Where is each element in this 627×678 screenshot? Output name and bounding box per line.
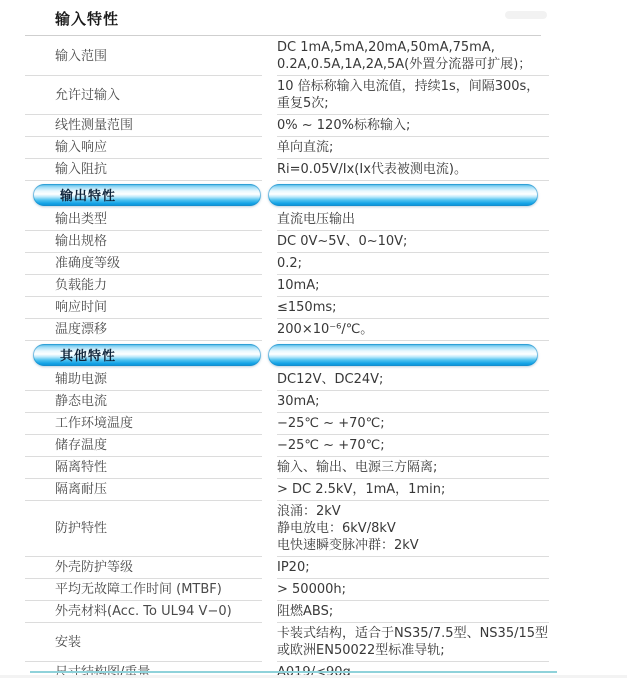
row-value: 0.2; (277, 253, 549, 275)
row-value: 单向直流; (277, 137, 549, 159)
table-row: 平均无故障工作时间 (MTBF)> 50000h; (25, 579, 627, 601)
row-label: 静态电流 (25, 391, 262, 413)
row-value: > 50000h; (277, 579, 549, 601)
section-bar-title-pill: 其他特性 (33, 344, 261, 366)
row-value: 200×10⁻⁶/℃。 (277, 319, 549, 341)
row-value-line: 重复5次; (277, 95, 549, 112)
row-value-line: 200×10⁻⁶/℃。 (277, 321, 549, 338)
section-bar-extension (268, 184, 538, 206)
watermark-smudge (505, 11, 547, 19)
row-value-line: 浪涌：2kV (277, 503, 549, 520)
row-value-line: 10mA; (277, 277, 549, 294)
row-value-line: 静电放电：6kV/8kV (277, 520, 549, 537)
table-row: 允许过输入10 倍标称输入电流值，持续1s，间隔300s，重复5次; (25, 76, 627, 115)
row-value: 0% ~ 120%标称输入; (277, 115, 549, 137)
row-value: 10 倍标称输入电流值，持续1s，间隔300s，重复5次; (277, 76, 549, 115)
row-value-line: 0.2A,0.5A,1A,2A,5A(外置分流器可扩展)； (277, 56, 549, 73)
section-bar: 其他特性 (33, 344, 627, 366)
row-label: 输入阻抗 (25, 159, 262, 181)
table-row: 准确度等级0.2; (25, 253, 627, 275)
row-label: 储存温度 (25, 435, 262, 457)
table-row: 隔离特性输入、输出、电源三方隔离; (25, 457, 627, 479)
table-row: 辅助电源DC12V、DC24V; (25, 369, 627, 391)
table-row: 输入阻抗Ri=0.05V/Ix(Ix代表被测电流)。 (25, 159, 627, 181)
row-value: 直流电压输出 (277, 209, 549, 231)
spec-table: 输入特性输入范围DC 1mA,5mA,20mA,50mA,75mA,0.2A,0… (25, 6, 627, 678)
row-value-line: 或欧洲EN50022型标准导轨; (277, 642, 549, 659)
row-value: 阻燃ABS; (277, 601, 549, 623)
row-value-line: −25℃ ~ +70℃; (277, 437, 549, 454)
table-row: 温度漂移200×10⁻⁶/℃。 (25, 319, 627, 341)
section-title: 输入特性 (25, 8, 541, 29)
row-label: 负载能力 (25, 275, 262, 297)
row-value: > DC 2.5kV，1mA，1min; (277, 479, 549, 501)
row-label: 输出类型 (25, 209, 262, 231)
row-value-line: 输入、输出、电源三方隔离; (277, 459, 549, 476)
table-row: 输入范围DC 1mA,5mA,20mA,50mA,75mA,0.2A,0.5A,… (25, 37, 627, 76)
row-value-line: ≤150ms; (277, 299, 549, 316)
row-label: 输入范围 (25, 37, 262, 76)
row-value-line: 0.2; (277, 255, 549, 272)
section-bar-title: 其他特性 (60, 345, 116, 364)
row-value-line: 0% ~ 120%标称输入; (277, 117, 549, 134)
row-value: 30mA; (277, 391, 549, 413)
table-row: 线性测量范围0% ~ 120%标称输入; (25, 115, 627, 137)
table-row: 隔离耐压> DC 2.5kV，1mA，1min; (25, 479, 627, 501)
row-value: Ri=0.05V/Ix(Ix代表被测电流)。 (277, 159, 549, 181)
section-bar: 输出特性 (33, 184, 627, 206)
row-value-line: 直流电压输出 (277, 211, 549, 228)
row-value-line: DC 1mA,5mA,20mA,50mA,75mA, (277, 39, 549, 56)
row-value: DC 0V~5V、0~10V; (277, 231, 549, 253)
table-row: 输入响应单向直流; (25, 137, 627, 159)
row-value-line: > DC 2.5kV，1mA，1min; (277, 481, 549, 498)
row-value: ≤150ms; (277, 297, 549, 319)
table-row: 响应时间≤150ms; (25, 297, 627, 319)
row-label: 外壳材料(Acc. To UL94 V−0) (25, 601, 262, 623)
row-value-line: 30mA; (277, 393, 549, 410)
table-row: 静态电流30mA; (25, 391, 627, 413)
row-value: DC 1mA,5mA,20mA,50mA,75mA,0.2A,0.5A,1A,2… (277, 37, 549, 76)
section-bar-extension (268, 344, 538, 366)
table-row: 安装卡装式结构，适合于NS35/7.5型、NS35/15型或欧洲EN50022型… (25, 623, 627, 662)
section-bar-title-pill: 输出特性 (33, 184, 261, 206)
row-label: 输入响应 (25, 137, 262, 159)
section-header: 输入特性 (25, 6, 541, 36)
row-label: 辅助电源 (25, 369, 262, 391)
row-value: DC12V、DC24V; (277, 369, 549, 391)
row-value-line: 电快速瞬变脉冲群：2kV (277, 537, 549, 554)
table-row: 储存温度−25℃ ~ +70℃; (25, 435, 627, 457)
table-row: 输出类型直流电压输出 (25, 209, 627, 231)
row-value-line: 10 倍标称输入电流值，持续1s，间隔300s， (277, 78, 549, 95)
row-value-line: 单向直流; (277, 139, 549, 156)
table-row: 外壳材料(Acc. To UL94 V−0)阻燃ABS; (25, 601, 627, 623)
row-value-line: Ri=0.05V/Ix(Ix代表被测电流)。 (277, 161, 549, 178)
row-label: 隔离耐压 (25, 479, 262, 501)
row-value-line: 阻燃ABS; (277, 603, 549, 620)
spec-sheet: 输入特性输入范围DC 1mA,5mA,20mA,50mA,75mA,0.2A,0… (0, 0, 627, 678)
row-value: −25℃ ~ +70℃; (277, 413, 549, 435)
table-row: 输出规格DC 0V~5V、0~10V; (25, 231, 627, 253)
row-label: 温度漂移 (25, 319, 262, 341)
row-value: 浪涌：2kV静电放电：6kV/8kV电快速瞬变脉冲群：2kV (277, 501, 549, 557)
row-value: 输入、输出、电源三方隔离; (277, 457, 549, 479)
row-label: 防护特性 (25, 501, 262, 557)
table-row: 防护特性浪涌：2kV静电放电：6kV/8kV电快速瞬变脉冲群：2kV (25, 501, 627, 557)
row-value: 10mA; (277, 275, 549, 297)
row-label: 线性测量范围 (25, 115, 262, 137)
table-row: 工作环境温度−25℃ ~ +70℃; (25, 413, 627, 435)
row-label: 允许过输入 (25, 76, 262, 115)
row-value-line: IP20; (277, 559, 549, 576)
table-row: 负载能力10mA; (25, 275, 627, 297)
row-value: 卡装式结构，适合于NS35/7.5型、NS35/15型或欧洲EN50022型标准… (277, 623, 549, 662)
row-label: 工作环境温度 (25, 413, 262, 435)
row-label: 安装 (25, 623, 262, 662)
row-label: 准确度等级 (25, 253, 262, 275)
row-value: −25℃ ~ +70℃; (277, 435, 549, 457)
row-label: 平均无故障工作时间 (MTBF) (25, 579, 262, 601)
row-value-line: DC 0V~5V、0~10V; (277, 233, 549, 250)
row-label: 外壳防护等级 (25, 557, 262, 579)
row-value-line: 卡装式结构，适合于NS35/7.5型、NS35/15型 (277, 625, 549, 642)
row-value-line: −25℃ ~ +70℃; (277, 415, 549, 432)
bottom-divider (30, 671, 557, 673)
row-label: 隔离特性 (25, 457, 262, 479)
row-value-line: DC12V、DC24V; (277, 371, 549, 388)
table-row: 外壳防护等级IP20; (25, 557, 627, 579)
section-bar-title: 输出特性 (60, 185, 116, 204)
row-label: 输出规格 (25, 231, 262, 253)
row-label: 响应时间 (25, 297, 262, 319)
row-value-line: > 50000h; (277, 581, 549, 598)
row-value: IP20; (277, 557, 549, 579)
